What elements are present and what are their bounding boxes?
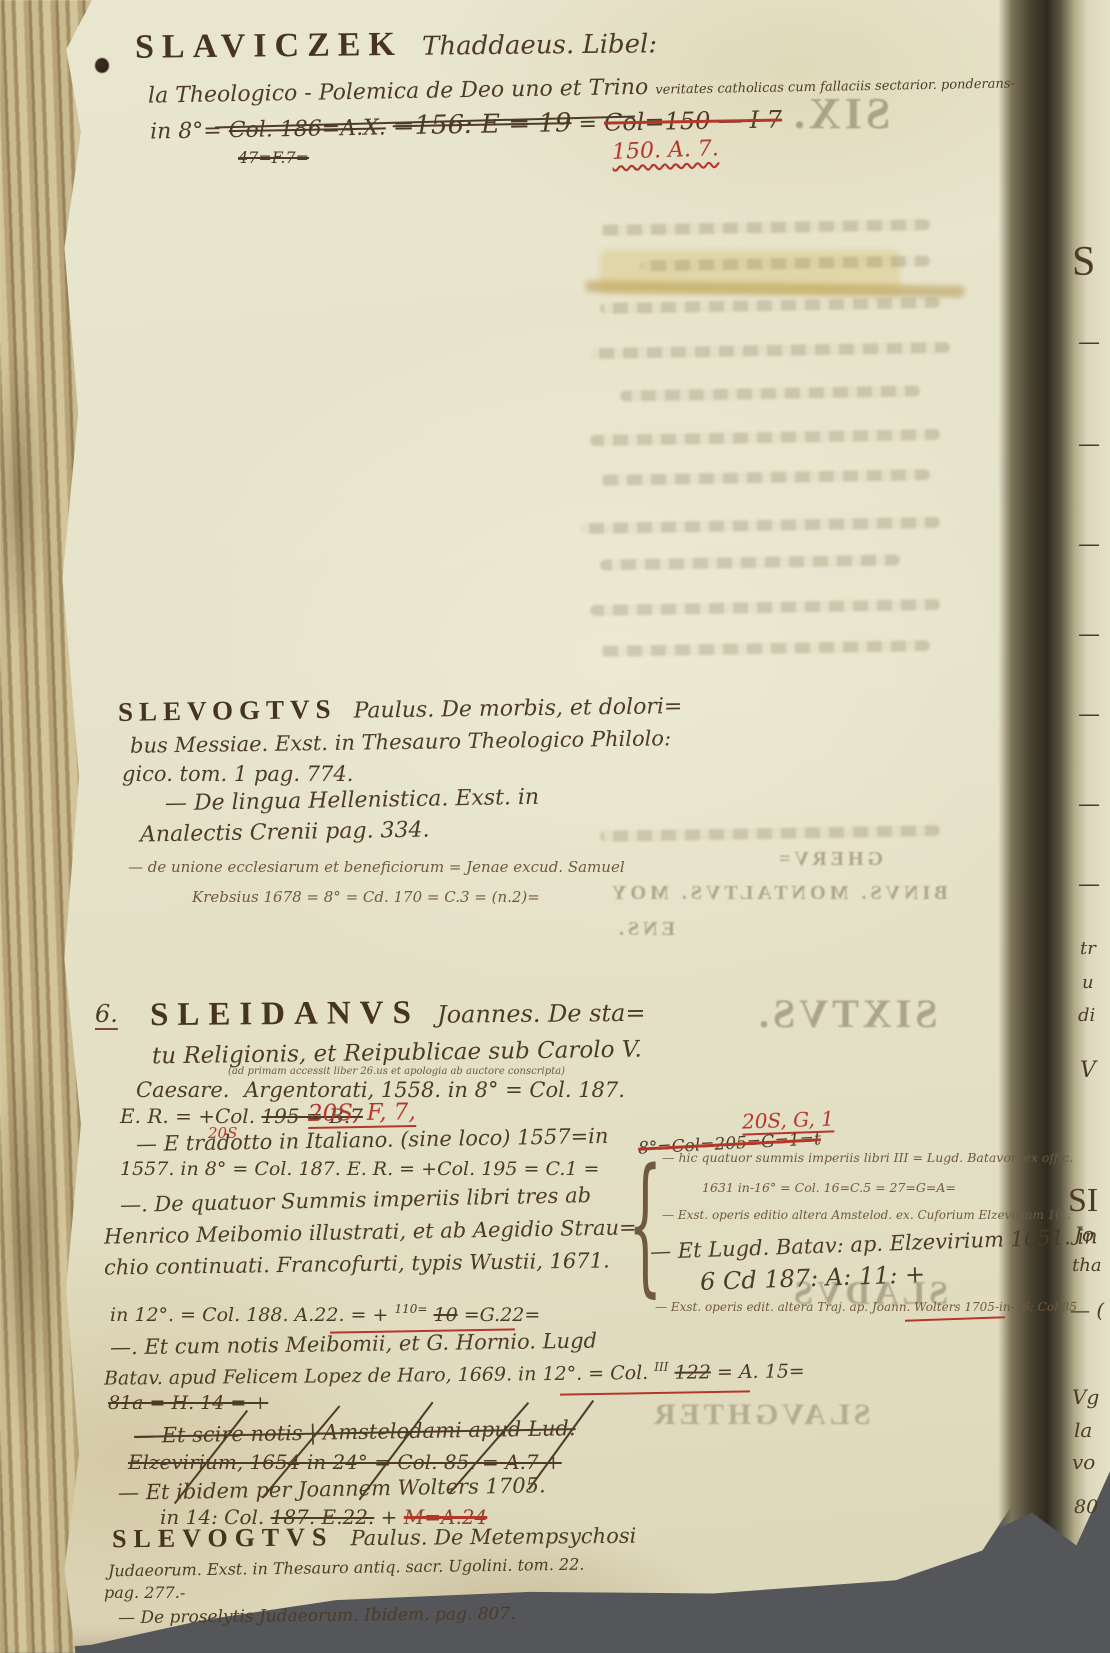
entry-sleidanus-heading: SLEIDANVS Joannes. De sta= xyxy=(150,993,646,1034)
next-page-fragment: — xyxy=(1078,432,1100,457)
margin-note: 1631 in-16° = Col. 16=C.5 = 27=G=A= xyxy=(702,1180,956,1195)
next-page-fragment: — xyxy=(1078,330,1100,355)
entry-slaviczek-heading: SLAVICZEK Thaddaeus. Libel: xyxy=(135,23,657,66)
bleedthrough-montaltus: BINVS. MONTALTVS. MOY xyxy=(608,882,948,905)
interlinear-note: (ad primam accessit liber 26.us et apolo… xyxy=(228,1066,565,1077)
red-shelfmark: 150. A. 7. xyxy=(612,136,720,165)
next-page-fragment: — xyxy=(1078,792,1100,817)
entry-line: Caesare. Argentorati, 1558. in 8° = Col.… xyxy=(136,1078,625,1102)
red-struck-shelfmark: Col=150 — I 7 xyxy=(604,105,783,136)
entry-line: — De proselytis Judaeorum. Ibidem. pag. … xyxy=(118,1604,516,1628)
next-page-fragment: 80 xyxy=(1074,1496,1098,1518)
superscript-correction: III xyxy=(654,1360,668,1374)
next-page-fragment: di xyxy=(1078,1005,1095,1026)
entry-slevogtus2-heading: SLEVOGTVS Paulus. De Metempsychosi xyxy=(112,1520,637,1555)
entry-line: gico. tom. 1 pag. 774. xyxy=(122,762,353,786)
next-page-fragment: S xyxy=(1072,238,1095,286)
next-page-fragment: — ( xyxy=(1070,1298,1104,1322)
margin-note: — hic quatuor summis imperiis libri III … xyxy=(662,1150,1073,1165)
author-name: SLEVOGTVS xyxy=(118,694,337,727)
struck-note: 47=F.7= xyxy=(238,148,309,167)
entry-line: 1557. in 8° = Col. 187. E. R. = +Col. 19… xyxy=(120,1158,599,1180)
title-start: Paulus. De morbis, et dolori= xyxy=(353,694,682,724)
author-name: SLAVICZEK xyxy=(135,26,403,66)
next-page-fragment: Jo xyxy=(1074,1222,1094,1246)
margin-note: — Exst. operis editio altera Amstelod. e… xyxy=(662,1208,1071,1222)
next-page-fragment: — xyxy=(1078,532,1100,557)
margin-brace: { xyxy=(628,1138,662,1312)
struck-shelfmark: =156: E = 19 xyxy=(392,108,571,141)
struck-line: Elzevirium, 1654 in 24° = Col. 85. = A.7… xyxy=(128,1450,562,1474)
next-page-fragment: — xyxy=(1078,702,1100,727)
margin-note: — Exst. operis edit. altera Traj. ap. Jo… xyxy=(655,1300,1077,1314)
bleedthrough-slaughter: SLAVGHTER xyxy=(650,1398,871,1432)
next-page-fragment: tha xyxy=(1072,1255,1102,1276)
entry-line: pag. 277.- xyxy=(104,1583,185,1602)
entry-number: 6. xyxy=(95,1000,118,1030)
next-page-fragment: u xyxy=(1082,972,1094,993)
next-page-fragment: vo xyxy=(1072,1450,1095,1474)
wormhole-mark xyxy=(95,58,109,73)
shelfmark-line: in 12°. = Col. 188. A.22. = + 110= 10 =G… xyxy=(110,1302,540,1326)
entry-line-small: — de unione ecclesiarum et beneficiorum … xyxy=(128,858,625,876)
struck-shelfmark: 122 xyxy=(674,1361,710,1383)
next-page-fragment: — xyxy=(1078,872,1100,897)
title-start: Paulus. De Metempsychosi xyxy=(350,1524,636,1550)
manuscript-photo: SIX. GHERV= BINVS. MONTALTVS. MOY ENS. S… xyxy=(0,0,1110,1653)
title-start: Joannes. De sta= xyxy=(437,999,646,1029)
next-page-fragment: V xyxy=(1080,1058,1096,1083)
struck-shelfmark: 10 xyxy=(434,1304,458,1326)
bleedthrough-ens: ENS. xyxy=(615,918,675,941)
author-name: SLEIDANVS xyxy=(150,995,420,1033)
next-page-fragment: SI xyxy=(1068,1182,1098,1220)
bleedthrough-gherv: GHERV= xyxy=(775,848,883,871)
next-page-fragment: tr xyxy=(1080,938,1096,959)
entry-line-small: Krebsius 1678 = 8° = Cd. 170 = C.3 = (n.… xyxy=(192,888,540,906)
author-forename: Thaddaeus. Libel: xyxy=(422,29,657,61)
next-page-fragment: la xyxy=(1074,1418,1092,1442)
bleedthrough-sixtus: SIXTVS. xyxy=(755,990,938,1037)
struck-shelfmark: Col. 186=A.X. xyxy=(228,115,385,143)
author-name: SLEVOGTVS xyxy=(112,1522,334,1553)
red-shelfmark: 20S, F, 7, xyxy=(308,1099,416,1129)
superscript-correction: 110= xyxy=(395,1302,428,1316)
entry-line: Analectis Crenii pag. 334. xyxy=(140,817,430,847)
next-page-fragment: — xyxy=(1078,622,1100,647)
next-page-fragment: Vg xyxy=(1072,1385,1099,1409)
